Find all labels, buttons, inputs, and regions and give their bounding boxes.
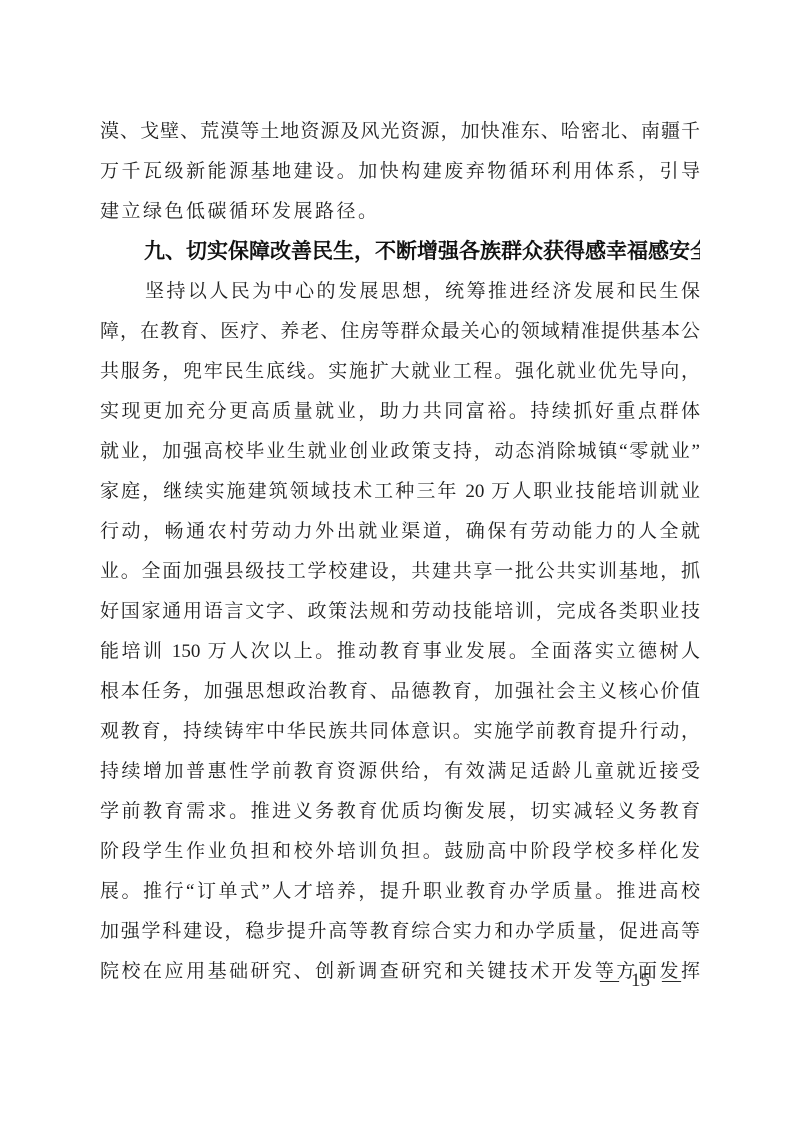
footer-dash-left: — (600, 970, 619, 991)
footer-dash-right: — (662, 970, 681, 991)
document-page: 漠、戈壁、荒漠等土地资源及风光资源，加快准东、哈密北、南疆千 万千瓦级新能源基地… (0, 0, 793, 1122)
text-line: 观教育，持续铸牢中华民族共同体意识。实施学前教育提升行动， (100, 712, 700, 752)
text-line: 业。全面加强县级技工学校建设，共建共享一批公共实训基地，抓 (100, 552, 700, 592)
text-line: 行动，畅通农村劳动力外出就业渠道，确保有劳动能力的人全就 (100, 512, 700, 552)
text-line: 万千瓦级新能源基地建设。加快构建废弃物循环利用体系，引导 (100, 152, 700, 192)
text-line: 坚持以人民为中心的发展思想，统筹推进经济发展和民生保 (100, 272, 700, 312)
text-line: 展。推行“订单式”人才培养，提升职业教育办学质量。推进高校 (100, 872, 700, 912)
text-line: 家庭，继续实施建筑领域技术工种三年 20 万人职业技能培训就业 (100, 472, 700, 512)
text-line: 共服务，兜牢民生底线。实施扩大就业工程。强化就业优先导向， (100, 352, 700, 392)
text-line: 就业，加强高校毕业生就业创业政策支持，动态消除城镇“零就业” (100, 432, 700, 472)
text-line: 持续增加普惠性学前教育资源供给，有效满足适龄儿童就近接受 (100, 752, 700, 792)
text-line: 加强学科建设，稳步提升高等教育综合实力和办学质量，促进高等 (100, 912, 700, 952)
text-line: 根本任务，加强思想政治教育、品德教育，加强社会主义核心价值 (100, 672, 700, 712)
section-heading: 九、切实保障改善民生，不断增强各族群众获得感幸福感安全感 (100, 232, 700, 272)
text-line: 能培训 150 万人次以上。推动教育事业发展。全面落实立德树人 (100, 632, 700, 672)
text-line: 障，在教育、医疗、养老、住房等群众最关心的领域精准提供基本公 (100, 312, 700, 352)
text-line: 阶段学生作业负担和校外培训负担。鼓励高中阶段学校多样化发 (100, 832, 700, 872)
text-line: 好国家通用语言文字、政策法规和劳动技能培训，完成各类职业技 (100, 592, 700, 632)
text-line: 实现更加充分更高质量就业，助力共同富裕。持续抓好重点群体 (100, 392, 700, 432)
text-line: 建立绿色低碳循环发展路径。 (100, 192, 700, 232)
text-line: 学前教育需求。推进义务教育优质均衡发展，切实减轻义务教育 (100, 792, 700, 832)
page-number: 15 (631, 970, 650, 991)
text-line: 漠、戈壁、荒漠等土地资源及风光资源，加快准东、哈密北、南疆千 (100, 112, 700, 152)
page-footer: —15— (600, 968, 681, 994)
page-content: 漠、戈壁、荒漠等土地资源及风光资源，加快准东、哈密北、南疆千 万千瓦级新能源基地… (100, 112, 700, 992)
